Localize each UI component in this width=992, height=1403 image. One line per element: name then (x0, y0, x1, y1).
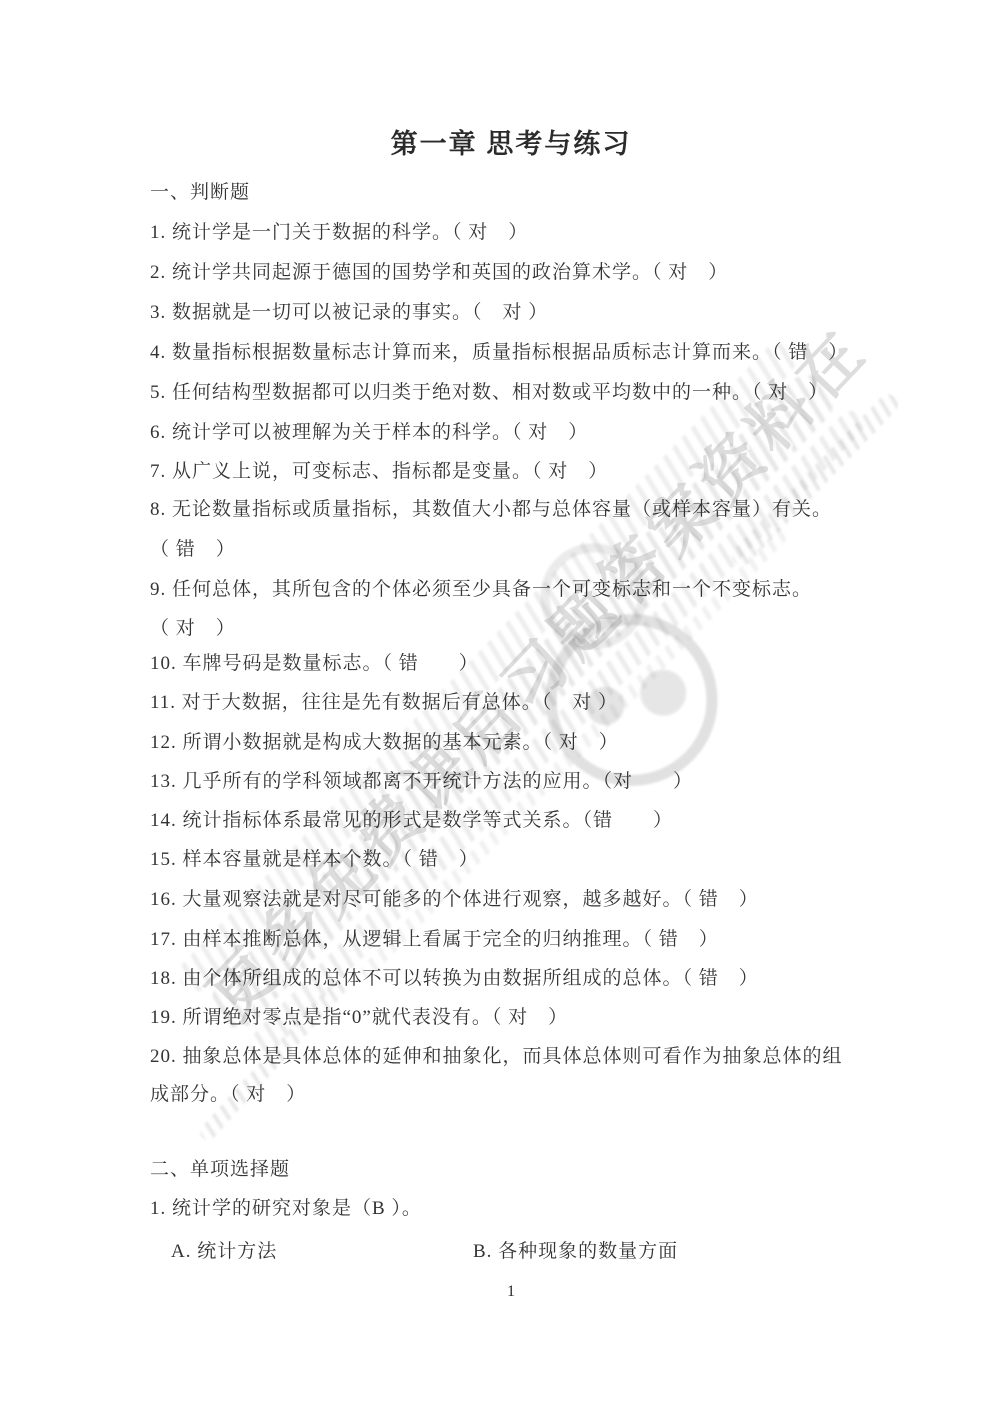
judge-question-9: 9. 任何总体，其所包含的个体必须至少具备一个可变标志和一个不变标志。 (150, 577, 812, 603)
page-title: 第一章 思考与练习 (30, 122, 992, 161)
judge-question-12: 12. 所谓小数据就是构成大数据的基本元素。（ 对 ） (150, 730, 619, 756)
judge-question-16: 16. 大量观察法就是对尽可能多的个体进行观察，越多越好。（ 错 ） (150, 887, 759, 913)
judge-question-8: 8. 无论数量指标或质量指标，其数值大小都与总体容量（或样本容量）有关。 (150, 497, 832, 523)
section-heading-judge: 一、判断题 (150, 180, 250, 206)
judge-answer-8: （ 错 ） (150, 537, 236, 563)
section-heading-choice: 二、单项选择题 (150, 1157, 290, 1183)
judge-question-6: 6. 统计学可以被理解为关于样本的科学。（ 对 ） (150, 420, 588, 446)
judge-question-2: 2. 统计学共同起源于德国的国势学和英国的政治算术学。（ 对 ） (150, 260, 728, 286)
judge-question-17: 17. 由样本推断总体，从逻辑上看属于完全的归纳推理。（ 错 ） (150, 927, 719, 953)
choice-question-1: 1. 统计学的研究对象是（B ）。 (150, 1196, 422, 1222)
document-page: 更多免费课后习题答案资料在 第一章 思考与练习 一、判断题 1. 统计学是一门关… (0, 0, 992, 1403)
judge-question-5: 5. 任何结构型数据都可以归类于绝对数、相对数或平均数中的一种。（ 对 ） (150, 380, 828, 406)
page-number: 1 (30, 1283, 992, 1301)
judge-answer-9: （ 对 ） (150, 616, 236, 642)
judge-question-1: 1. 统计学是一门关于数据的科学。（ 对 ） (150, 220, 528, 246)
judge-question-19: 19. 所谓绝对零点是指“0”就代表没有。（ 对 ） (150, 1005, 568, 1031)
judge-question-3: 3. 数据就是一切可以被记录的事实。（ 对 ） (150, 300, 548, 326)
judge-question-18: 18. 由个体所组成的总体不可以转换为由数据所组成的总体。（ 错 ） (150, 966, 759, 992)
judge-question-13: 13. 几乎所有的学科领域都离不开统计方法的应用。（对 ） (150, 769, 693, 795)
judge-question-20-continued: 成部分。（ 对 ） (150, 1082, 306, 1108)
judge-question-14: 14. 统计指标体系最常见的形式是数学等式关系。（错 ） (150, 808, 673, 834)
judge-question-20: 20. 抽象总体是具体总体的延伸和抽象化，而具体总体则可看作为抽象总体的组 (150, 1044, 843, 1070)
choice-option-a: A. 统计方法 (171, 1239, 277, 1265)
choice-option-b: B. 各种现象的数量方面 (473, 1239, 678, 1265)
judge-question-11: 11. 对于大数据，往往是先有数据后有总体。（ 对 ） (150, 690, 618, 716)
judge-question-7: 7. 从广义上说，可变标志、指标都是变量。（ 对 ） (150, 459, 608, 485)
judge-question-15: 15. 样本容量就是样本个数。（ 错 ） (150, 847, 479, 873)
watermark-brush-stroke (728, 390, 902, 569)
judge-question-4: 4. 数量指标根据数量标志计算而来，质量指标根据品质标志计算而来。（ 错 ） (150, 340, 848, 366)
judge-question-10: 10. 车牌号码是数量标志。（ 错 ） (150, 651, 479, 677)
